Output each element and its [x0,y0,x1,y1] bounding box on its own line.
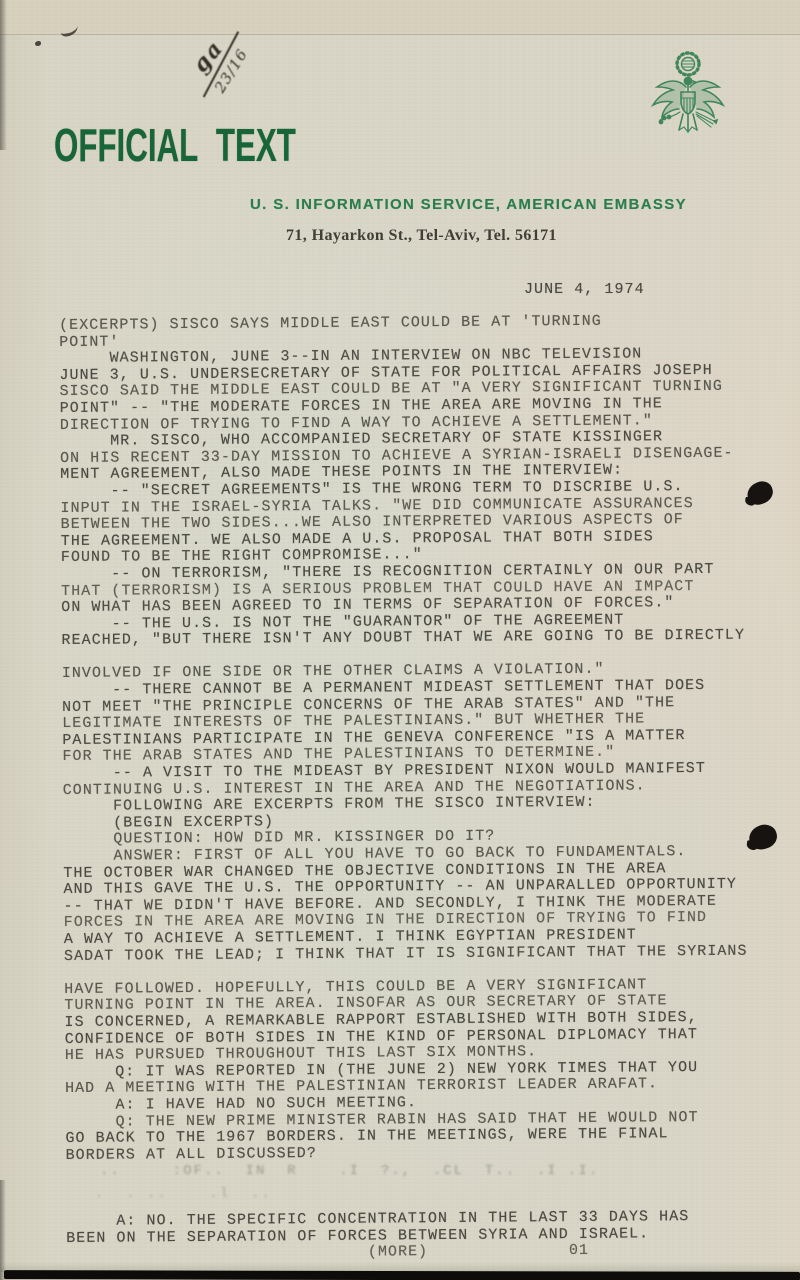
agency-name-line: U. S. INFORMATION SERVICE, AMERICAN EMBA… [250,196,687,213]
stamp-word-official: OFFICIAL [54,119,198,171]
paper-top-edge [0,0,800,35]
stamp-word-text: TEXT [216,119,296,171]
ghost-text-smudge-2: . . .. .l .. [95,1186,272,1202]
scan-edge-left-top [0,0,7,150]
official-text-stamp: OFFICIALTEXT [54,118,296,172]
date-line: JUNE 4, 1974 [524,281,645,298]
scanner-bar-bottom [4,1270,800,1280]
address-line: 71, Hayarkon St., Tel-Aviv, Tel. 56171 [286,227,557,245]
document-body: (EXCERPTS) SISCO SAYS MIDDLE EAST COULD … [59,312,786,1263]
eagle-seal-icon [648,50,728,150]
ghost-text-smudge: .. :OF.. IN R .I ?., .CL T.. .I .I. [100,1163,599,1179]
